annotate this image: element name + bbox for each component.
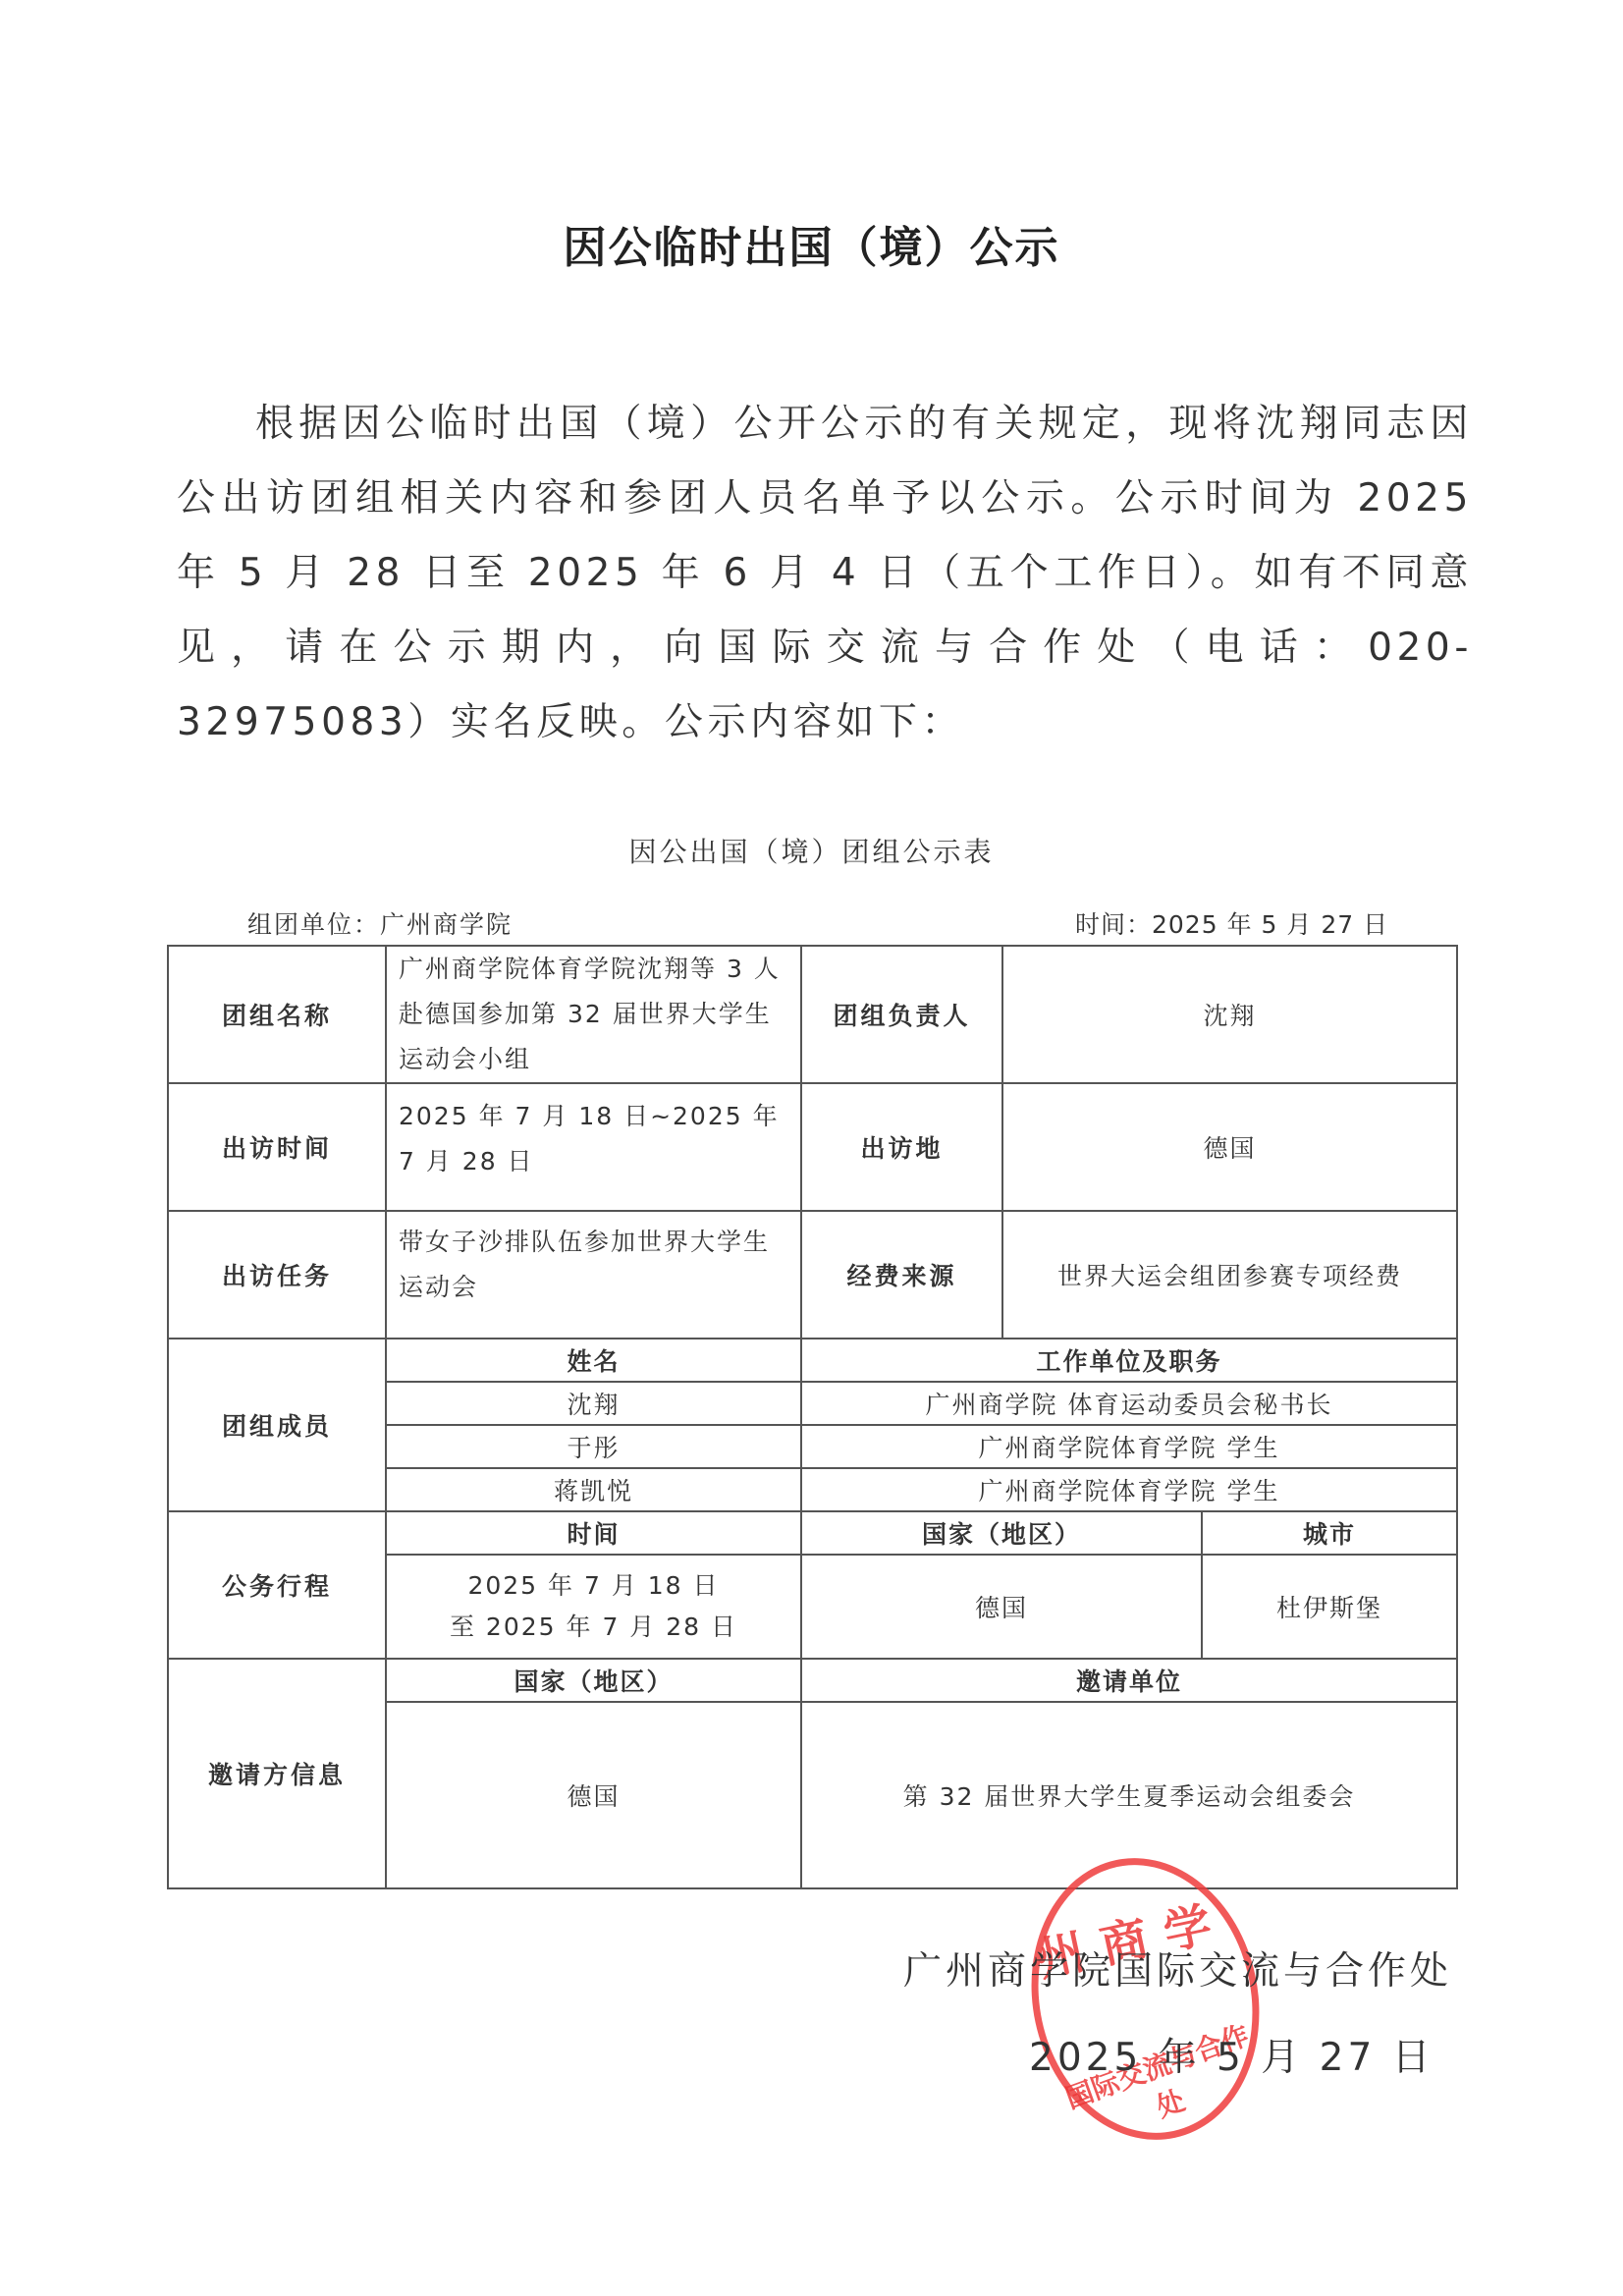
- inviter-country: 德国: [386, 1702, 801, 1888]
- members-header-row: 团组成员 姓名 工作单位及职务: [168, 1339, 1457, 1382]
- signature-organization: 广州商学院国际交流与合作处: [903, 1941, 1452, 1995]
- itinerary-header-row: 公务行程 时间 国家（地区） 城市: [168, 1511, 1457, 1555]
- member-name: 于彤: [386, 1425, 801, 1468]
- task-label: 出访任务: [168, 1211, 386, 1339]
- visit-time-value: 2025 年 7 月 18 日~2025 年 7 月 28 日: [386, 1083, 801, 1211]
- member-position: 广州商学院 体育运动委员会秘书长: [801, 1382, 1457, 1425]
- table-date: 时间：2025 年 5 月 27 日: [1075, 905, 1388, 941]
- leader-label: 团组负责人: [801, 946, 1002, 1083]
- itinerary-header-city: 城市: [1202, 1511, 1457, 1555]
- inviter-header-country: 国家（地区）: [386, 1659, 801, 1702]
- itinerary-city: 杜伊斯堡: [1202, 1555, 1457, 1659]
- task-value: 带女子沙排队伍参加世界大学生运动会: [386, 1211, 801, 1339]
- itinerary-header-time: 时间: [386, 1511, 801, 1555]
- table-title: 因公出国（境）团组公示表: [0, 831, 1623, 870]
- group-name-label: 团组名称: [168, 946, 386, 1083]
- destination-label: 出访地: [801, 1083, 1002, 1211]
- members-label: 团组成员: [168, 1339, 386, 1511]
- itinerary-country: 德国: [801, 1555, 1202, 1659]
- members-header-position: 工作单位及职务: [801, 1339, 1457, 1382]
- table-row: 出访任务 带女子沙排队伍参加世界大学生运动会 经费来源 世界大运会组团参赛专项经…: [168, 1211, 1457, 1339]
- leader-value: 沈翔: [1002, 946, 1457, 1083]
- member-name: 沈翔: [386, 1382, 801, 1425]
- inviter-label: 邀请方信息: [168, 1659, 386, 1888]
- funding-value: 世界大运会组团参赛专项经费: [1002, 1211, 1457, 1339]
- table-row: 团组名称 广州商学院体育学院沈翔等 3 人赴德国参加第 32 届世界大学生运动会…: [168, 946, 1457, 1083]
- table-row: 出访时间 2025 年 7 月 18 日~2025 年 7 月 28 日 出访地…: [168, 1083, 1457, 1211]
- signature-date: 2025 年 5 月 27 日: [1029, 2027, 1434, 2082]
- itinerary-header-country: 国家（地区）: [801, 1511, 1202, 1555]
- funding-label: 经费来源: [801, 1211, 1002, 1339]
- inviter-header-row: 邀请方信息 国家（地区） 邀请单位: [168, 1659, 1457, 1702]
- itinerary-time-end: 至 2025 年 7 月 28 日: [387, 1607, 800, 1648]
- member-name: 蒋凯悦: [386, 1468, 801, 1511]
- itinerary-label: 公务行程: [168, 1511, 386, 1659]
- destination-value: 德国: [1002, 1083, 1457, 1211]
- inviter-header-organization: 邀请单位: [801, 1659, 1457, 1702]
- itinerary-time-start: 2025 年 7 月 18 日: [387, 1565, 800, 1607]
- page-title: 因公临时出国（境）公示: [0, 212, 1623, 275]
- intro-paragraph: 根据因公临时出国（境）公开公示的有关规定，现将沈翔同志因公出访团组相关内容和参团…: [177, 387, 1473, 760]
- member-position: 广州商学院体育学院 学生: [801, 1468, 1457, 1511]
- organizing-unit: 组团单位：广州商学院: [247, 905, 513, 941]
- itinerary-time: 2025 年 7 月 18 日 至 2025 年 7 月 28 日: [386, 1555, 801, 1659]
- member-position: 广州商学院体育学院 学生: [801, 1425, 1457, 1468]
- publicity-table: 团组名称 广州商学院体育学院沈翔等 3 人赴德国参加第 32 届世界大学生运动会…: [167, 945, 1458, 1889]
- group-name-value: 广州商学院体育学院沈翔等 3 人赴德国参加第 32 届世界大学生运动会小组: [386, 946, 801, 1083]
- visit-time-label: 出访时间: [168, 1083, 386, 1211]
- members-header-name: 姓名: [386, 1339, 801, 1382]
